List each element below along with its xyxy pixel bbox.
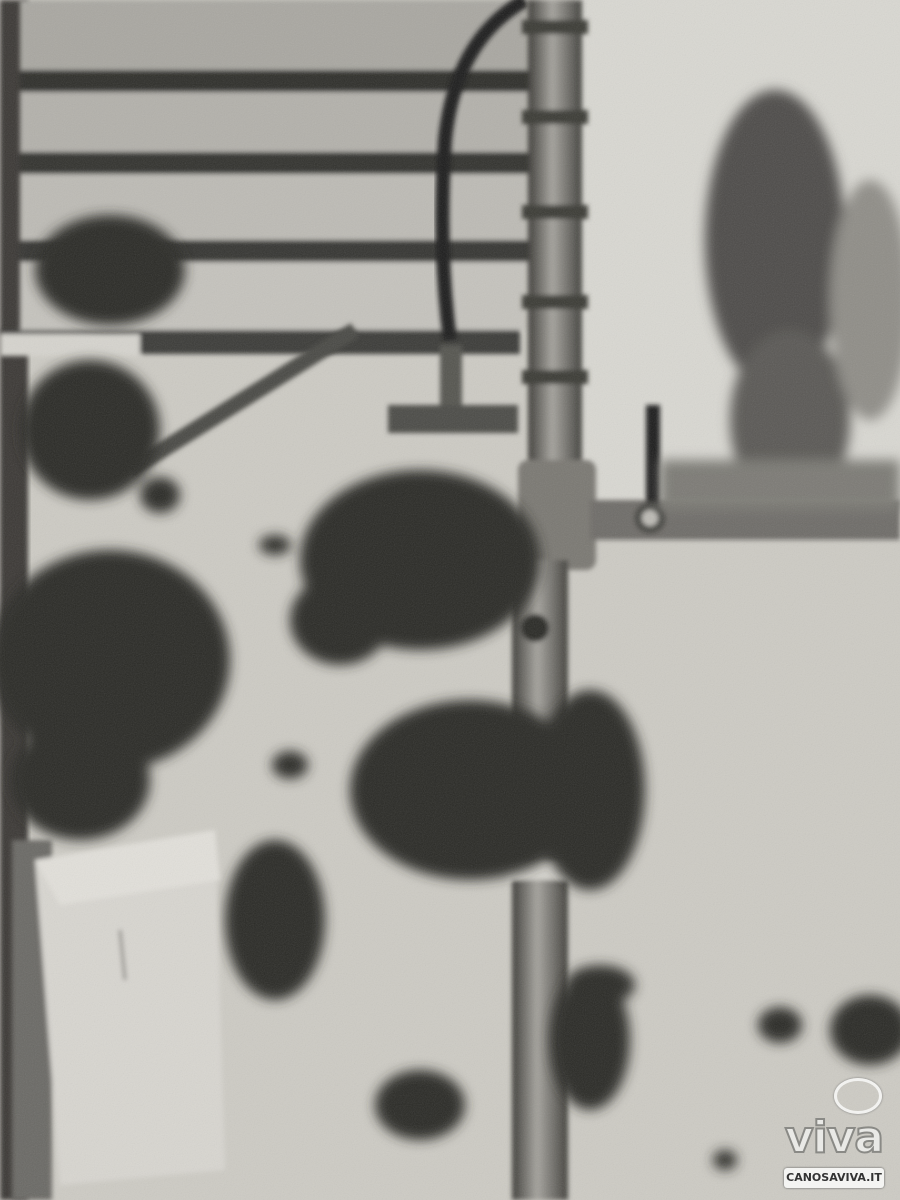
speech-bubble-icon bbox=[834, 1078, 882, 1114]
watermark-logo-text: viva bbox=[782, 1116, 886, 1160]
film-grain bbox=[0, 0, 900, 1200]
photograph bbox=[0, 0, 900, 1200]
watermark-site-label: CANOSAVIVA.IT bbox=[784, 1168, 884, 1188]
watermark: viva CANOSAVIVA.IT bbox=[782, 1078, 886, 1188]
